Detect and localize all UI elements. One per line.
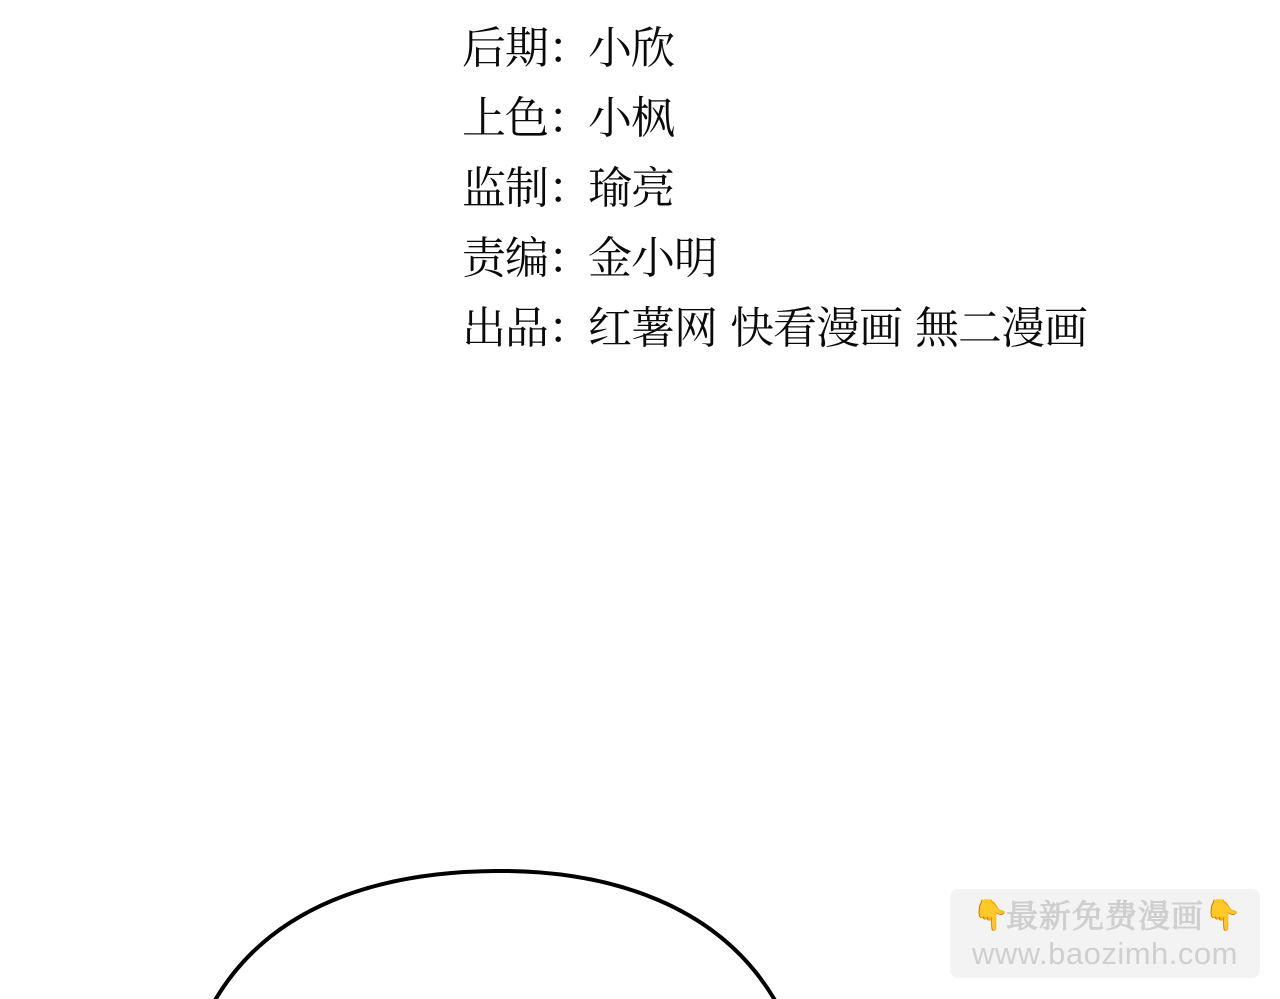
credit-role: 上色 [462,97,548,141]
credit-role: 责编 [462,237,548,281]
credit-row-supervisor: 监制：瑜亮 [462,154,1087,224]
watermark-url: www.baozimh.com [972,936,1238,972]
credit-row-publisher: 出品：红薯网 快看漫画 無二漫画 [462,294,1087,364]
watermark-title: 最新免费漫画 [1006,896,1204,936]
pointing-down-hand-icon: 👇 [972,901,1006,931]
credit-name: 小欣 [588,27,674,71]
arc-stroke [214,871,776,999]
credits-list: 后期：小欣 上色：小枫 监制：瑜亮 责编：金小明 出品：红薯网 快看漫画 無二漫… [462,14,1087,364]
credit-separator: ： [548,237,588,281]
credit-separator: ： [548,307,588,351]
watermark-title-row: 👇 最新免费漫画 👇 [972,896,1238,936]
site-watermark: 👇 最新免费漫画 👇 www.baozimh.com [950,889,1260,978]
credit-row-editor: 责编：金小明 [462,224,1087,294]
credit-separator: ： [548,97,588,141]
credit-separator: ： [548,167,588,211]
credit-name: 红薯网 快看漫画 無二漫画 [588,307,1087,351]
credit-name: 小枫 [588,97,674,141]
credit-name: 金小明 [588,237,717,281]
credit-row-coloring: 上色：小枫 [462,84,1087,154]
credit-role: 后期 [462,27,548,71]
credit-role: 监制 [462,167,548,211]
credit-role: 出品 [462,307,548,351]
pointing-down-hand-icon: 👇 [1204,901,1238,931]
credit-name: 瑜亮 [588,167,674,211]
credit-separator: ： [548,27,588,71]
credit-row-post-production: 后期：小欣 [462,14,1087,84]
